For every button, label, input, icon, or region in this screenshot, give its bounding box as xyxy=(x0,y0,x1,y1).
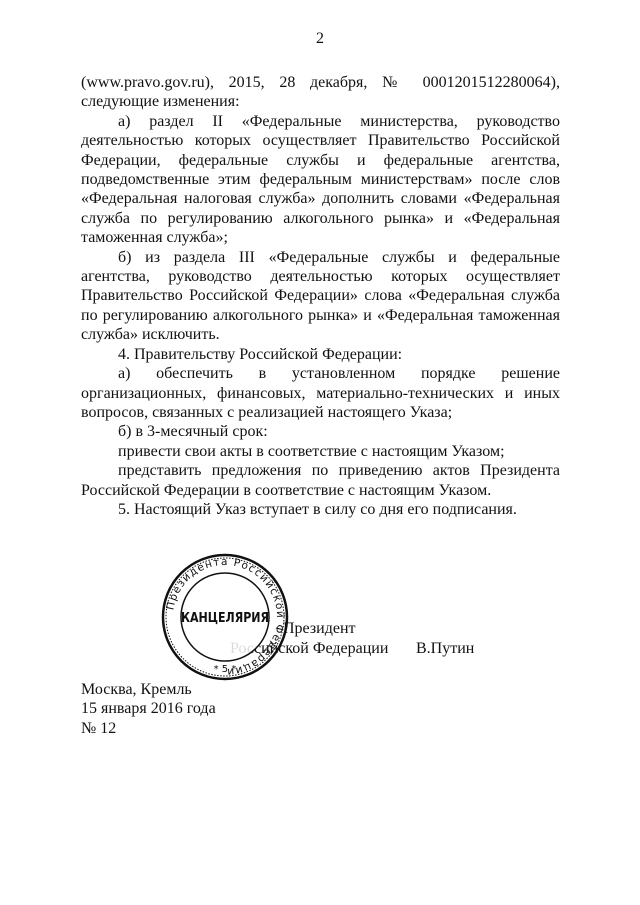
paragraph-4b-item2: представить предложения по приведению ак… xyxy=(81,461,560,500)
stamp-center-text: КАНЦЕЛЯРИЯ xyxy=(181,610,269,625)
signature-name: В.Путин xyxy=(416,640,474,658)
signature-title-line1: Президент xyxy=(283,620,356,638)
paragraph-intro: (www.pravo.gov.ru), 2015, 28 декабря, № … xyxy=(81,73,560,112)
paragraph-4-heading: 4. Правительству Российской Федерации: xyxy=(81,345,560,364)
document-body: (www.pravo.gov.ru), 2015, 28 декабря, № … xyxy=(81,73,560,519)
official-stamp-icon: Президента Российской Федерации * 5 * КА… xyxy=(160,552,290,682)
footer-number: № 12 xyxy=(81,719,216,738)
paragraph-4a: а) обеспечить в установленном порядке ре… xyxy=(81,364,560,422)
paragraph-4b: б) в 3-месячный срок: xyxy=(81,422,560,441)
footer-place: Москва, Кремль xyxy=(81,680,216,699)
paragraph-4b-item1: привести свои акты в соответствие с наст… xyxy=(81,442,560,461)
document-footer: Москва, Кремль 15 января 2016 года № 12 xyxy=(81,680,216,738)
footer-date: 15 января 2016 года xyxy=(81,699,216,718)
paragraph-b-section-iii: б) из раздела III «Федеральные службы и … xyxy=(81,248,560,345)
paragraph-5: 5. Настоящий Указ вступает в силу со дня… xyxy=(81,500,560,519)
stamp-number: * 5 * xyxy=(214,664,237,675)
paragraph-a-section-ii: а) раздел II «Федеральные министерства, … xyxy=(81,112,560,248)
page-number: 2 xyxy=(0,30,640,48)
